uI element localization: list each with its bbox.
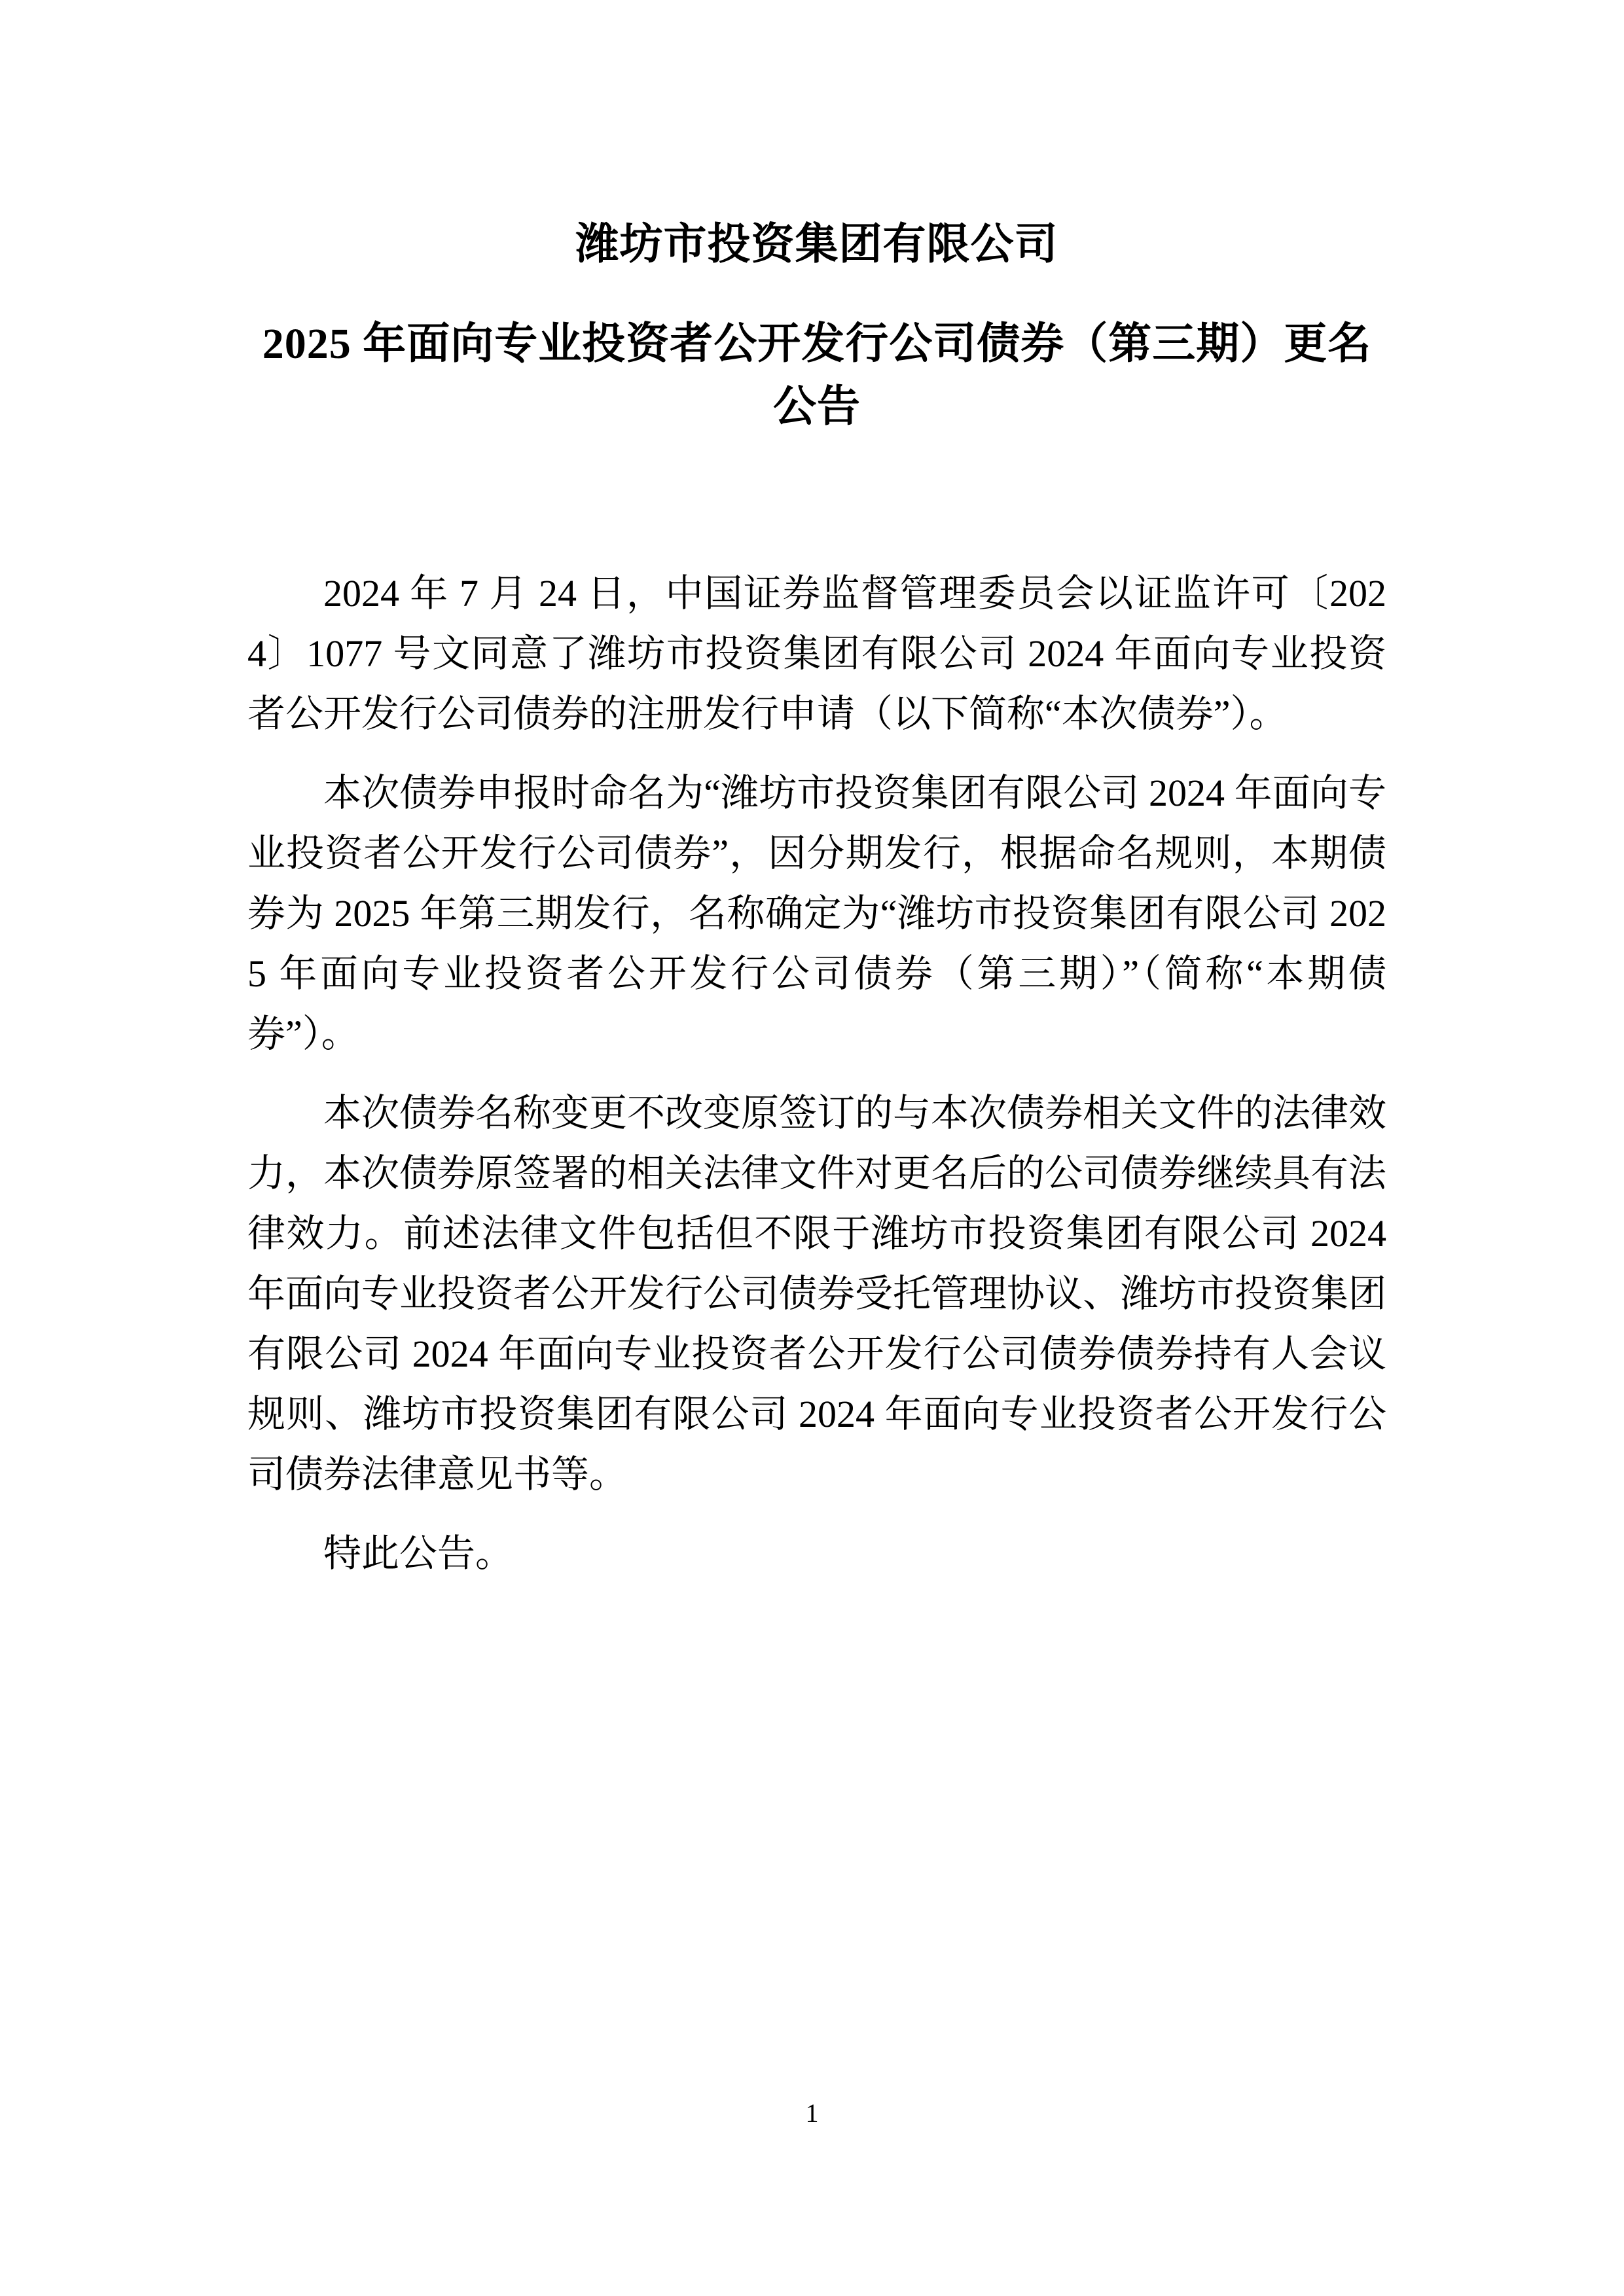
announcement-title: 2025 年面向专业投资者公开发行公司债券（第三期）更名公告 [247,313,1386,439]
paragraph-closing: 特此公告。 [247,1524,1386,1584]
company-name-title: 潍坊市投资集团有限公司 [247,213,1386,276]
paragraph-legal-effect: 本次债券名称变更不改变原签订的与本次债券相关文件的法律效力，本次债券原签署的相关… [247,1083,1386,1505]
document-content: 潍坊市投资集团有限公司 2025 年面向专业投资者公开发行公司债券（第三期）更名… [247,0,1386,1603]
announcement-body: 2024 年 7 月 24 日，中国证券监督管理委员会以证监许可〔2024〕10… [247,564,1386,1584]
paragraph-registration-approval: 2024 年 7 月 24 日，中国证券监督管理委员会以证监许可〔2024〕10… [247,564,1386,744]
page-number: 1 [0,2098,1624,2129]
document-page: 潍坊市投资集团有限公司 2025 年面向专业投资者公开发行公司债券（第三期）更名… [0,0,1624,2296]
paragraph-renaming-rule: 本次债券申报时命名为“潍坊市投资集团有限公司 2024 年面向专业投资者公开发行… [247,763,1386,1064]
